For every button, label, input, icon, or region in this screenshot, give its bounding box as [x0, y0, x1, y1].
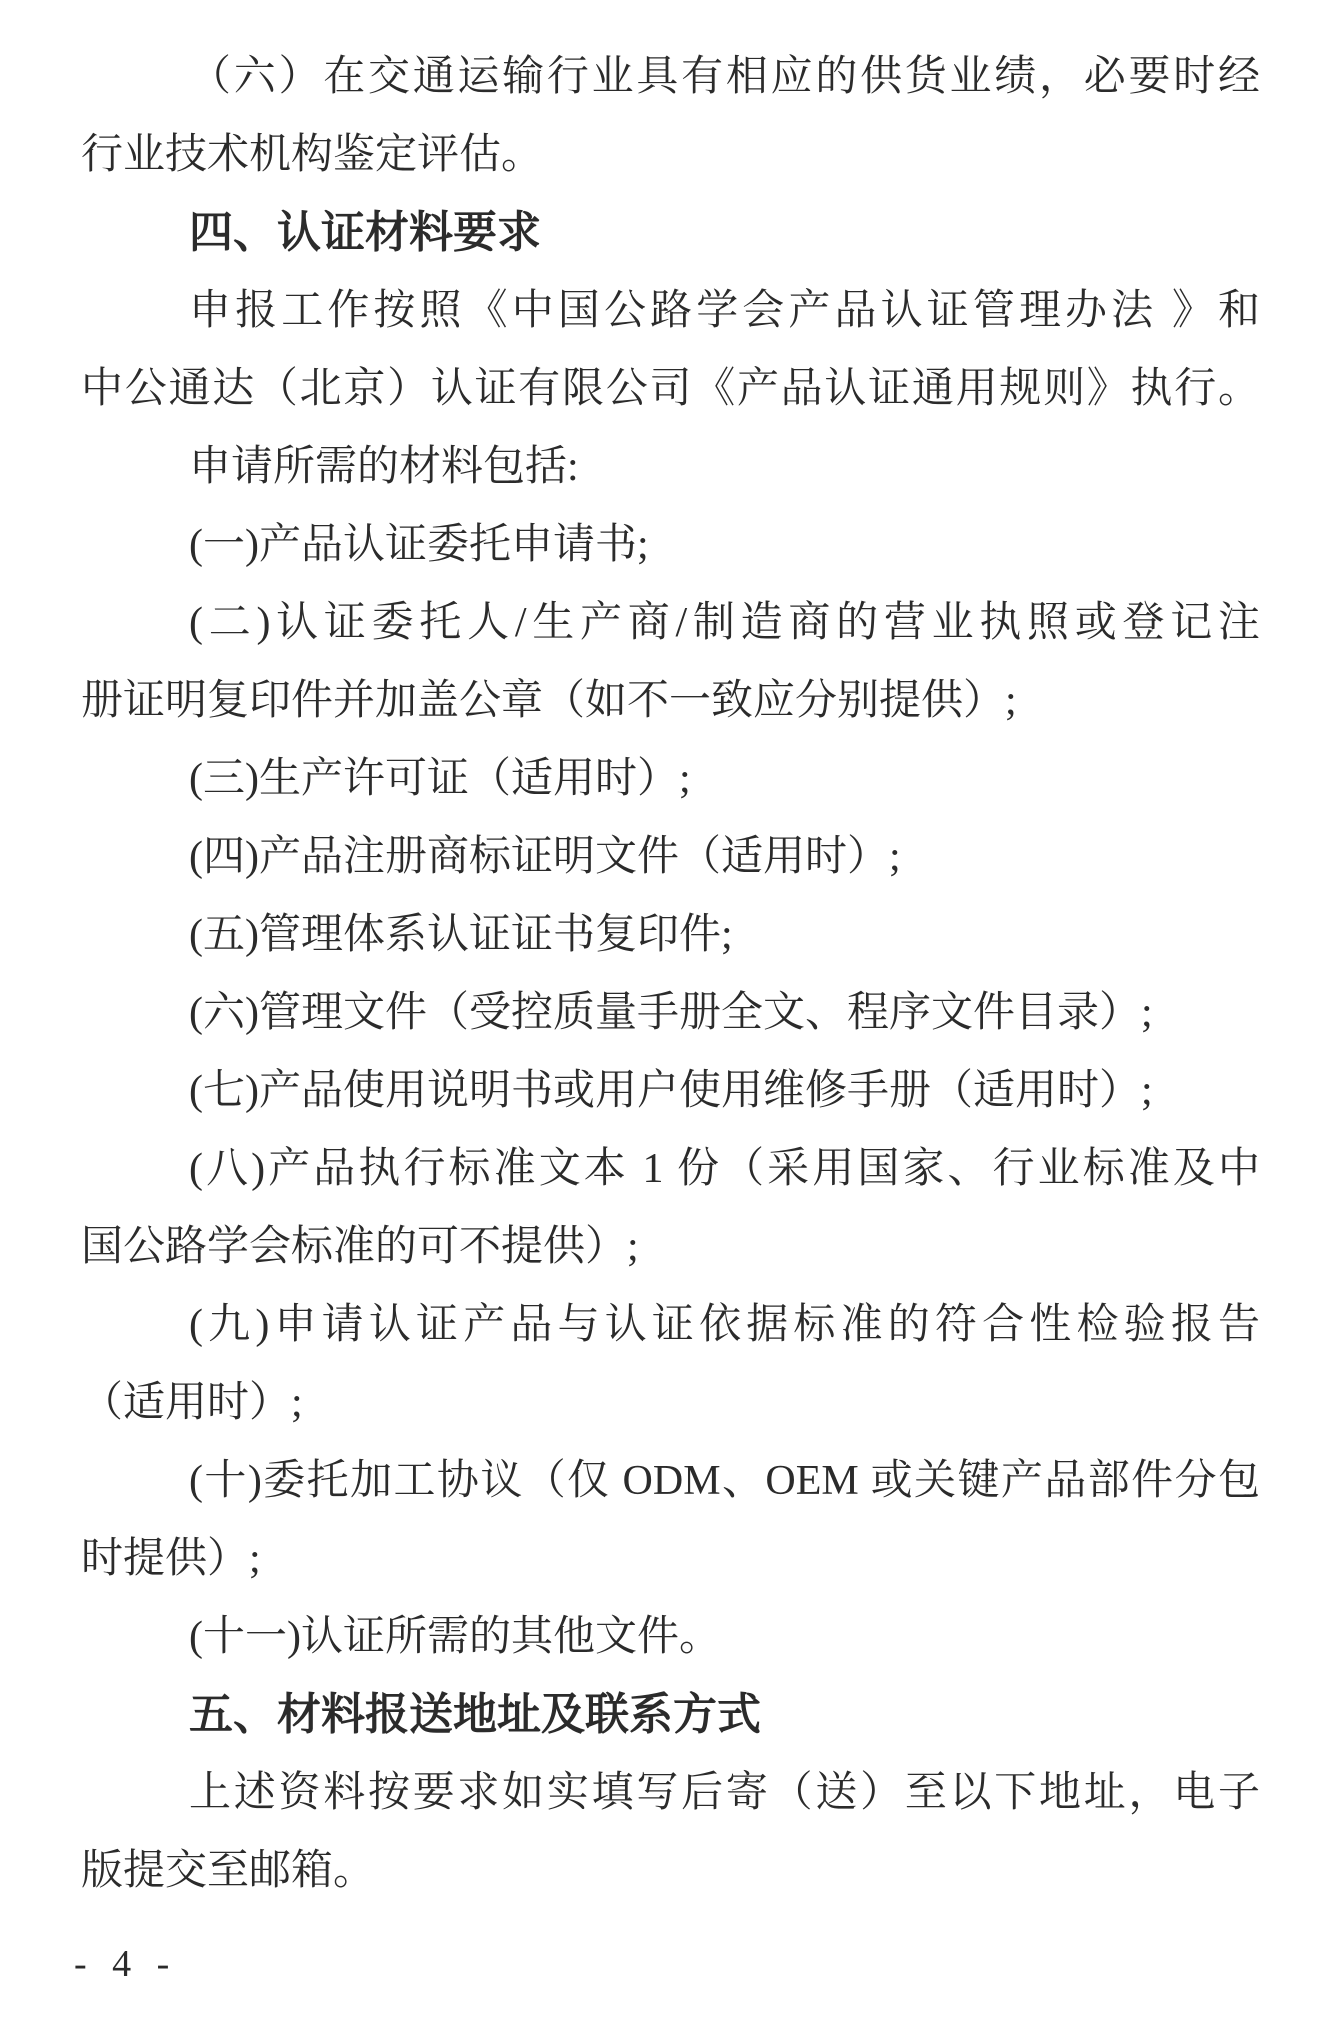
- section-heading-4: 四、认证材料要求: [81, 194, 1260, 272]
- list-item: (四)产品注册商标证明文件（适用时）;: [81, 818, 1260, 896]
- list-item: (一)产品认证委托申请书;: [81, 506, 1260, 584]
- list-item: (十)委托加工协议（仅 ODM、OEM 或关键产品部件分包: [81, 1442, 1260, 1520]
- text-line: （适用时）;: [81, 1364, 1260, 1442]
- list-item: (五)管理体系认证证书复印件;: [81, 896, 1260, 974]
- text-line: 时提供）;: [81, 1520, 1260, 1598]
- list-item: (三)生产许可证（适用时）;: [81, 740, 1260, 818]
- list-item: (二)认证委托人/生产商/制造商的营业执照或登记注: [81, 584, 1260, 662]
- document-page: （六）在交通运输行业具有相应的供货业绩，必要时经 行业技术机构鉴定评估。 四、认…: [0, 0, 1322, 2024]
- text-line: 行业技术机构鉴定评估。: [81, 116, 1260, 194]
- text-line: 册证明复印件并加盖公章（如不一致应分别提供）;: [81, 662, 1260, 740]
- text-line: （六）在交通运输行业具有相应的供货业绩，必要时经: [81, 38, 1260, 116]
- list-item: (九)申请认证产品与认证依据标准的符合性检验报告: [81, 1286, 1260, 1364]
- list-item: (七)产品使用说明书或用户使用维修手册（适用时）;: [81, 1052, 1260, 1130]
- text-line: 中公通达（北京）认证有限公司《产品认证通用规则》执行。: [81, 350, 1260, 428]
- list-item: (十一)认证所需的其他文件。: [81, 1598, 1260, 1676]
- text-line: 国公路学会标准的可不提供）;: [81, 1208, 1260, 1286]
- text-line: 版提交至邮箱。: [81, 1832, 1260, 1910]
- text-line: 申报工作按照《中国公路学会产品认证管理办法 》和: [81, 272, 1260, 350]
- section-heading-5: 五、材料报送地址及联系方式: [81, 1676, 1260, 1754]
- page-number: - 4 -: [74, 1942, 177, 1986]
- list-item: (八)产品执行标准文本 1 份（采用国家、行业标准及中: [81, 1130, 1260, 1208]
- text-line: 上述资料按要求如实填写后寄（送）至以下地址，电子: [81, 1754, 1260, 1832]
- text-line: 申请所需的材料包括:: [81, 428, 1260, 506]
- list-item: (六)管理文件（受控质量手册全文、程序文件目录）;: [81, 974, 1260, 1052]
